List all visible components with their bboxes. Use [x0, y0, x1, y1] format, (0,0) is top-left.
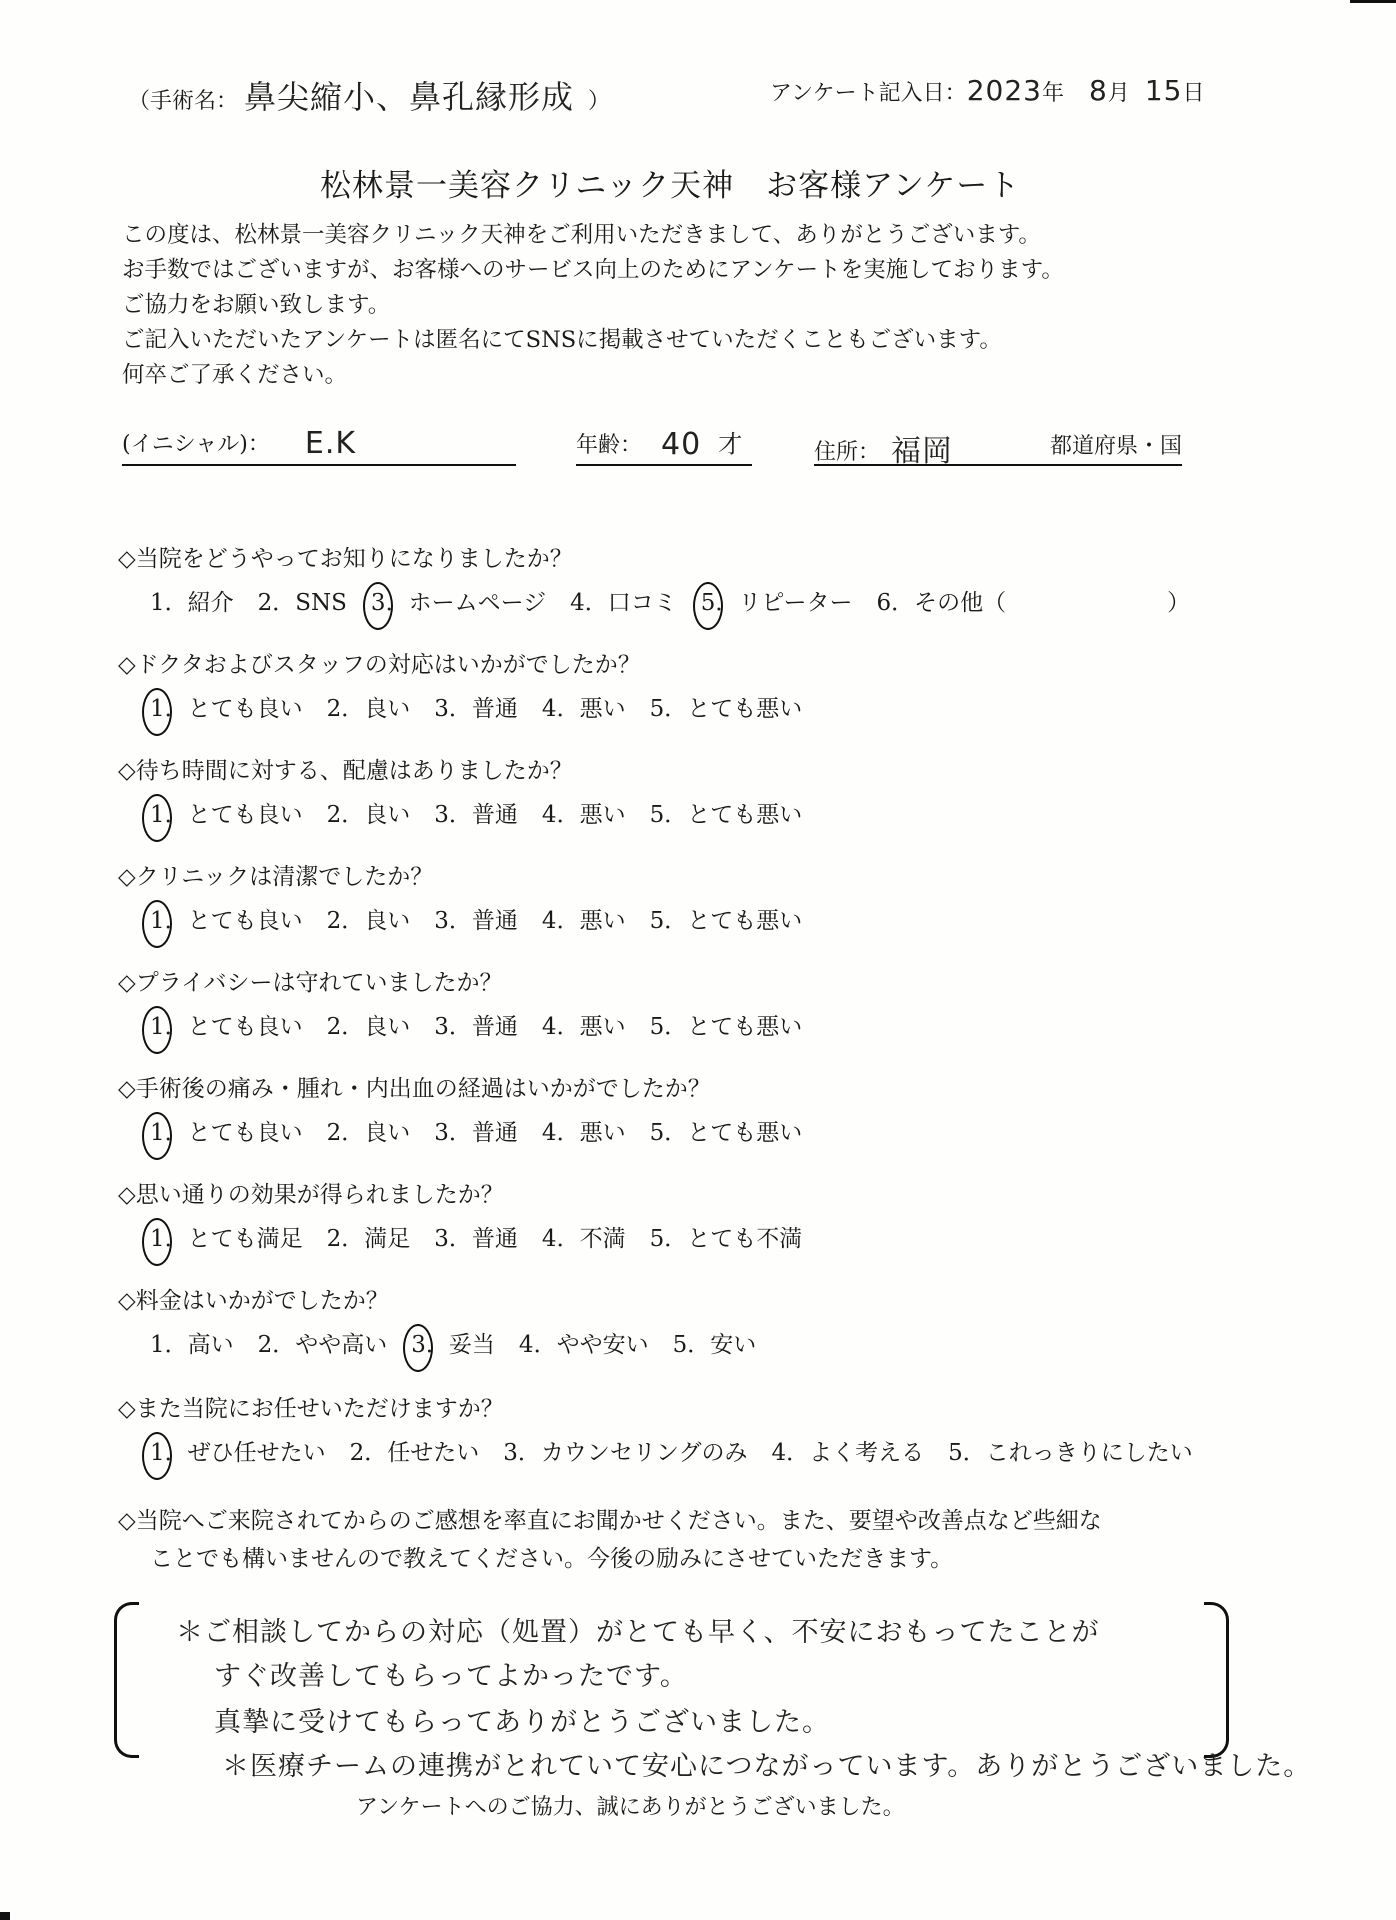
option-label: 紹介: [188, 590, 234, 616]
answer-option[interactable]: 4．悪い: [542, 902, 626, 935]
option-separator: ．: [449, 802, 472, 828]
option-label: リピーター: [738, 590, 852, 616]
answer-option[interactable]: 3．普通: [434, 1114, 518, 1147]
option-label: とても悪い: [687, 1120, 802, 1146]
answer-option[interactable]: 4．よく考える: [771, 1434, 924, 1467]
answer-option[interactable]: 3．普通: [434, 690, 518, 723]
option-separator: ．: [165, 590, 188, 616]
date-year: 2023: [967, 74, 1042, 107]
answer-option[interactable]: 2．任せたい: [350, 1434, 480, 1467]
option-separator: ．: [449, 696, 472, 722]
answer-options: 1．とても良い2．良い3．普通4．悪い5．とても悪い: [150, 902, 826, 935]
answer-option[interactable]: 5．とても悪い: [650, 1114, 803, 1147]
intro-line: この度は、松林景一美容クリニック天神をご利用いただきまして、ありがとうございます…: [122, 218, 1064, 253]
procedure-label: （手術名：: [128, 89, 238, 114]
feedback-prompt-line1: ◇当院へご来院されてからのご感想を率直にお聞かせください。また、要望や改善点など…: [118, 1502, 1102, 1535]
question-text: ◇また当院にお任せいただけますか？: [118, 1390, 504, 1423]
option-number: 2: [327, 802, 342, 828]
address-label: 住所：: [814, 440, 880, 465]
footer-thanks: アンケートへのご協力、誠にありがとうございました。: [356, 1790, 905, 1821]
option-label: 口コミ: [608, 590, 677, 616]
option-separator: ．: [664, 1226, 687, 1252]
answer-option-selected[interactable]: 1．とても良い: [150, 1114, 303, 1147]
scan-edge-mark-bottom: [0, 1912, 10, 1920]
option-separator: ．: [272, 590, 295, 616]
address-value: 福岡: [891, 434, 953, 469]
comment-line: ＊ご相談してからの対応（処置）がとても早く、不安におもってたことが: [176, 1610, 1099, 1649]
option-label: 任せたい: [387, 1440, 479, 1466]
answer-option[interactable]: 4．悪い: [542, 690, 626, 723]
procedure-name-field: （手術名：鼻尖縮小、鼻孔縁形成）: [128, 72, 610, 118]
answer-options: 1．とても満足2．満足3．普通4．不満5．とても不満: [150, 1220, 826, 1253]
option-number: 4: [542, 908, 557, 934]
initial-label: (イニシャル)：: [122, 432, 270, 457]
option-separator: ．: [272, 1332, 295, 1358]
option-separator: ．: [557, 802, 580, 828]
answer-option[interactable]: 3．普通: [434, 1008, 518, 1041]
question-text: ◇ドクタおよびスタッフの対応はいかがでしたか？: [118, 646, 641, 679]
option-number: 3: [434, 802, 449, 828]
option-label: よく考える: [809, 1440, 924, 1466]
age-unit: 才: [718, 430, 743, 458]
answer-options: 1．とても良い2．良い3．普通4．悪い5．とても悪い: [150, 1114, 826, 1147]
option-number: 2: [327, 1226, 342, 1252]
comment-line: すぐ改善してもらってよかったです。: [214, 1654, 688, 1693]
answer-option[interactable]: 2．良い: [327, 796, 411, 829]
answer-option[interactable]: 2．満足: [327, 1220, 411, 1253]
answer-option-selected[interactable]: 5．リピーター: [701, 584, 853, 617]
answer-option[interactable]: 2．SNS: [258, 584, 347, 617]
option-number: 5: [673, 1332, 688, 1358]
option-separator: ．: [891, 590, 914, 616]
option-number: 5: [650, 908, 665, 934]
option-separator: ．: [963, 1440, 986, 1466]
option-label: 良い: [364, 802, 410, 828]
option-number: 3: [434, 1014, 449, 1040]
option-number: 3: [434, 696, 449, 722]
option-number: 4: [570, 590, 585, 616]
answer-option[interactable]: 2．良い: [327, 690, 411, 723]
intro-text: この度は、松林景一美容クリニック天神をご利用いただきまして、ありがとうございます…: [122, 218, 1064, 393]
option-separator: ．: [585, 590, 608, 616]
answer-option[interactable]: 5．とても悪い: [650, 690, 803, 723]
answer-option[interactable]: 1．紹介: [150, 584, 234, 617]
intro-line: ご協力をお願い致します。: [122, 288, 1064, 323]
answer-option[interactable]: 2．良い: [327, 1114, 411, 1147]
answer-option[interactable]: 6．その他（ ）: [876, 584, 1190, 617]
address-suffix: 都道府県・国: [1050, 429, 1182, 460]
question-text: ◇プライバシーは守れていましたか？: [118, 964, 503, 997]
option-number: 4: [542, 802, 557, 828]
initial-value: E.K: [305, 426, 356, 461]
option-number: 2: [327, 1120, 342, 1146]
answer-option-selected[interactable]: 1．とても良い: [150, 1008, 303, 1041]
option-number: 2: [258, 1332, 273, 1358]
option-number: 1: [150, 1332, 165, 1358]
option-number: 3: [371, 590, 386, 616]
option-number: 1: [150, 1440, 165, 1466]
age-label: 年齢：: [576, 433, 642, 458]
option-label: 普通: [472, 696, 518, 722]
option-number: 5: [650, 1226, 665, 1252]
answer-option[interactable]: 5．これっきりにしたい: [948, 1434, 1193, 1467]
option-label: とても不満: [687, 1226, 802, 1252]
option-number: 2: [327, 696, 342, 722]
option-label: 良い: [364, 1120, 410, 1146]
age-value: 40: [661, 427, 701, 462]
intro-line: お手数ではございますが、お客様へのサービス向上のためにアンケートを実施しておりま…: [122, 253, 1064, 288]
option-separator: ．: [341, 1120, 364, 1146]
feedback-prompt-line2: ことでも構いませんので教えてください。今後の励みにさせていただきます。: [150, 1540, 953, 1573]
answer-option[interactable]: 5．安い: [673, 1326, 757, 1359]
date-month: 8: [1089, 74, 1108, 107]
option-number: 5: [948, 1440, 963, 1466]
option-separator: ．: [664, 1120, 687, 1146]
answer-option[interactable]: 5．とても不満: [650, 1220, 803, 1253]
initial-field: (イニシャル)： E.K: [122, 424, 516, 466]
option-number: 3: [503, 1440, 518, 1466]
question-text: ◇当院をどうやってお知りになりましたか？: [118, 540, 573, 573]
option-label: 良い: [364, 696, 410, 722]
survey-date-field: アンケート記入日：2023年 8月 15日: [770, 74, 1204, 107]
option-number: 1: [150, 908, 165, 934]
comment-bracket-right: [1204, 1602, 1229, 1758]
option-number: 4: [542, 1120, 557, 1146]
answer-option-selected[interactable]: 3．ホームページ: [371, 584, 546, 617]
option-number: 3: [434, 1120, 449, 1146]
year-label: 年: [1042, 81, 1064, 106]
question-text: ◇クリニックは清潔でしたか？: [118, 858, 433, 891]
option-label: ホームページ: [409, 590, 547, 616]
answer-option[interactable]: 3．普通: [434, 1220, 518, 1253]
option-label: 安い: [710, 1332, 756, 1358]
option-separator: ．: [449, 908, 472, 934]
option-separator: ．: [449, 1226, 472, 1252]
option-number: 1: [150, 590, 165, 616]
option-number: 2: [327, 1014, 342, 1040]
option-number: 4: [771, 1440, 786, 1466]
option-number: 5: [650, 696, 665, 722]
option-label: とても悪い: [687, 1014, 802, 1040]
option-label: 悪い: [580, 802, 626, 828]
question-text: ◇料金はいかがでしたか？: [118, 1282, 389, 1315]
option-label: とても良い: [188, 1120, 303, 1146]
scan-edge-mark-top: [1350, 0, 1396, 3]
question-text: ◇手術後の痛み・腫れ・内出血の経過はいかがでしたか？: [118, 1070, 711, 1103]
option-label: 悪い: [580, 908, 626, 934]
option-separator: ．: [341, 908, 364, 934]
answer-option[interactable]: 5．とても悪い: [650, 1008, 803, 1041]
option-label: 普通: [472, 802, 518, 828]
option-number: 4: [542, 696, 557, 722]
option-number: 5: [650, 1014, 665, 1040]
option-label: その他（ ）: [914, 590, 1190, 616]
answer-option[interactable]: 3．普通: [434, 902, 518, 935]
option-number: 3: [411, 1332, 426, 1358]
option-number: 5: [701, 590, 716, 616]
question-text: ◇思い通りの効果が得られましたか？: [118, 1176, 504, 1209]
answer-options: 1．とても良い2．良い3．普通4．悪い5．とても悪い: [150, 796, 826, 829]
date-day: 15: [1145, 74, 1183, 107]
comment-bracket-left: [114, 1602, 139, 1758]
answer-option[interactable]: 5．とても悪い: [650, 796, 803, 829]
option-label: とても良い: [188, 802, 303, 828]
option-label: 良い: [364, 1014, 410, 1040]
option-label: とても満足: [188, 1226, 303, 1252]
option-number: 1: [150, 1014, 165, 1040]
date-label: アンケート記入日：: [770, 81, 967, 106]
option-label: とても良い: [188, 1014, 303, 1040]
answer-option-selected[interactable]: 1．ぜひ任せたい: [150, 1434, 326, 1467]
option-separator: ．: [664, 696, 687, 722]
option-number: 5: [650, 1120, 665, 1146]
answer-option[interactable]: 4．口コミ: [570, 584, 677, 617]
procedure-value: 鼻尖縮小、鼻孔縁形成: [244, 78, 574, 116]
answer-option[interactable]: 1．高い: [150, 1326, 234, 1359]
comment-line: 真摯に受けてもらってありがとうございました。: [214, 1700, 830, 1739]
option-number: 1: [150, 802, 165, 828]
option-label: 普通: [472, 1226, 518, 1252]
option-separator: ．: [687, 1332, 710, 1358]
option-label: 普通: [472, 908, 518, 934]
option-label: とても悪い: [687, 802, 802, 828]
option-label: カウンセリングのみ: [541, 1440, 748, 1466]
procedure-close: ）: [588, 89, 610, 114]
answer-option[interactable]: 2．良い: [327, 902, 411, 935]
option-number: 5: [650, 802, 665, 828]
option-separator: ．: [664, 1014, 687, 1040]
option-label: 高い: [188, 1332, 234, 1358]
option-separator: ．: [557, 1120, 580, 1146]
answer-option[interactable]: 3．普通: [434, 796, 518, 829]
option-separator: ．: [557, 1014, 580, 1040]
option-separator: ．: [341, 1226, 364, 1252]
option-label: 不満: [580, 1226, 626, 1252]
option-label: 妥当: [449, 1332, 495, 1358]
option-separator: ．: [557, 1226, 580, 1252]
option-label: ぜひ任せたい: [188, 1440, 326, 1466]
answer-option[interactable]: 3．カウンセリングのみ: [503, 1434, 747, 1467]
option-separator: ．: [786, 1440, 809, 1466]
option-separator: ．: [449, 1014, 472, 1040]
option-separator: ．: [557, 908, 580, 934]
intro-line: ご記入いただいたアンケートは匿名にてSNSに掲載させていただくこともございます。: [122, 323, 1064, 358]
question-text: ◇待ち時間に対する、配慮はありましたか？: [118, 752, 573, 785]
option-separator: ．: [165, 1332, 188, 1358]
answer-option-selected[interactable]: 3．妥当: [411, 1326, 495, 1359]
month-label: 月: [1108, 81, 1130, 106]
option-separator: ．: [341, 1014, 364, 1040]
option-number: 3: [434, 1226, 449, 1252]
age-field: 年齢： 40 才: [576, 424, 752, 466]
answer-options: 1．とても良い2．良い3．普通4．悪い5．とても悪い: [150, 690, 826, 723]
option-number: 3: [434, 908, 449, 934]
option-separator: ．: [534, 1332, 557, 1358]
option-label: 普通: [472, 1120, 518, 1146]
option-number: 1: [150, 1120, 165, 1146]
address-field: 住所： 福岡 都道府県・国: [814, 424, 1182, 466]
option-separator: ．: [664, 908, 687, 934]
option-number: 4: [519, 1332, 534, 1358]
option-number: 2: [350, 1440, 365, 1466]
answer-options: 1．とても良い2．良い3．普通4．悪い5．とても悪い: [150, 1008, 826, 1041]
answer-option[interactable]: 4．悪い: [542, 796, 626, 829]
option-separator: ．: [449, 1120, 472, 1146]
option-number: 2: [258, 590, 273, 616]
option-number: 4: [542, 1226, 557, 1252]
option-number: 6: [876, 590, 891, 616]
comment-line: ＊医療チームの連携がとれていて安心につながっています。ありがとうございました。: [222, 1744, 1311, 1783]
option-number: 2: [327, 908, 342, 934]
answer-option[interactable]: 4．悪い: [542, 1008, 626, 1041]
option-label: やや高い: [295, 1332, 387, 1358]
option-label: やや安い: [557, 1332, 649, 1358]
answer-options: 1．ぜひ任せたい2．任せたい3．カウンセリングのみ4．よく考える5．これっきりに…: [150, 1434, 1217, 1467]
answer-option[interactable]: 5．とても悪い: [650, 902, 803, 935]
option-separator: ．: [664, 802, 687, 828]
option-separator: ．: [364, 1440, 387, 1466]
option-separator: ．: [341, 802, 364, 828]
day-label: 日: [1182, 81, 1204, 106]
answer-options: 1．高い2．やや高い3．妥当4．やや安い5．安い: [150, 1326, 780, 1359]
intro-line: 何卒ご了承ください。: [122, 358, 1064, 393]
answer-option-selected[interactable]: 1．とても良い: [150, 690, 303, 723]
option-number: 4: [542, 1014, 557, 1040]
option-label: とても悪い: [687, 908, 802, 934]
answer-option[interactable]: 2．やや高い: [258, 1326, 388, 1359]
option-label: 普通: [472, 1014, 518, 1040]
answer-option[interactable]: 4．やや安い: [519, 1326, 649, 1359]
option-label: とても良い: [188, 696, 303, 722]
option-separator: ．: [557, 696, 580, 722]
option-number: 1: [150, 1226, 165, 1252]
option-label: 満足: [364, 1226, 410, 1252]
answer-option[interactable]: 4．不満: [542, 1220, 626, 1253]
option-label: とても良い: [188, 908, 303, 934]
answer-option-selected[interactable]: 1．とても良い: [150, 796, 303, 829]
option-label: 悪い: [580, 1120, 626, 1146]
answer-option[interactable]: 4．悪い: [542, 1114, 626, 1147]
page-title: 松林景一美容クリニック天神 お客様アンケート: [320, 160, 1020, 205]
answer-options: 1．紹介2．SNS3．ホームページ4．口コミ5．リピーター6．その他（ ）: [150, 584, 1214, 617]
option-label: 良い: [364, 908, 410, 934]
option-separator: ．: [341, 696, 364, 722]
option-label: 悪い: [580, 1014, 626, 1040]
option-label: 悪い: [580, 696, 626, 722]
answer-option-selected[interactable]: 1．とても良い: [150, 902, 303, 935]
option-number: 1: [150, 696, 165, 722]
option-label: SNS: [295, 590, 347, 616]
option-label: これっきりにしたい: [986, 1440, 1193, 1466]
option-separator: ．: [518, 1440, 541, 1466]
option-label: とても悪い: [687, 696, 802, 722]
answer-option[interactable]: 2．良い: [327, 1008, 411, 1041]
answer-option-selected[interactable]: 1．とても満足: [150, 1220, 303, 1253]
